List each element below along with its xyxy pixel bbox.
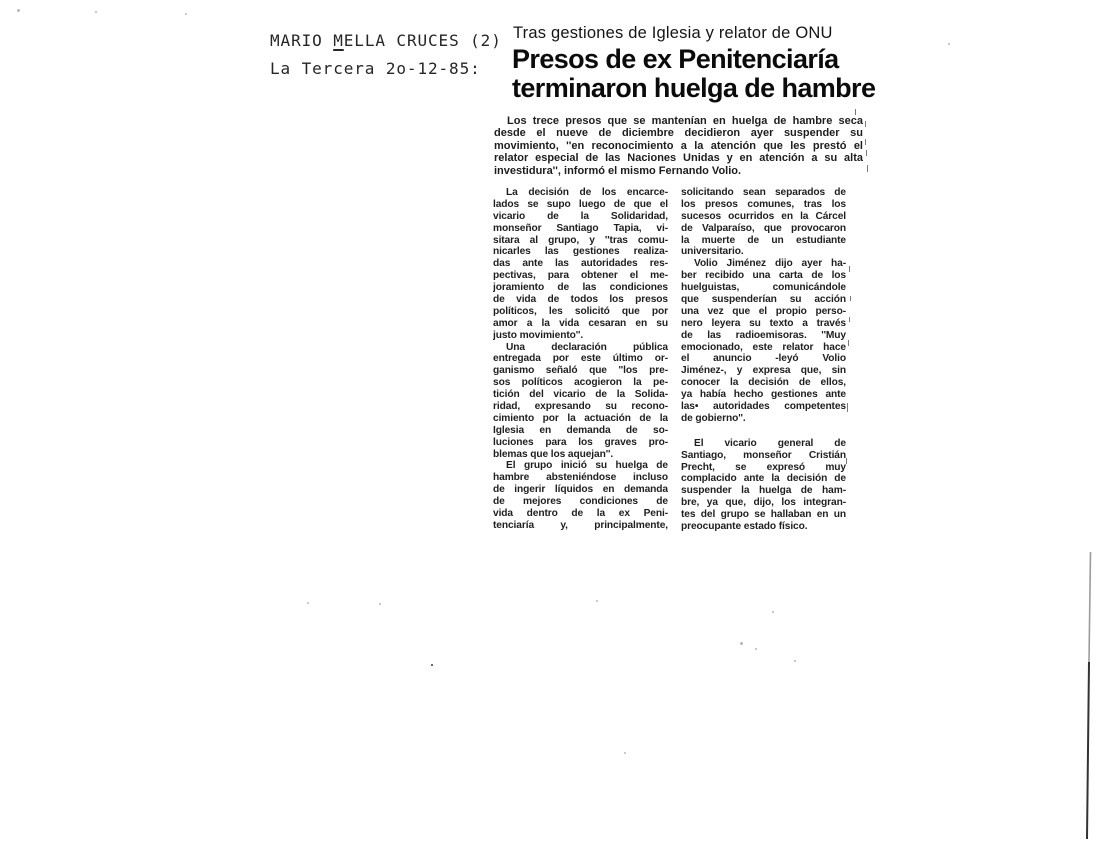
scan-dust-speck <box>624 752 626 754</box>
headline-line-1: Presos de ex Penitenciaría <box>512 45 875 74</box>
body-line: luciones para los graves pro- <box>493 437 668 449</box>
body-line: cimiento por la actuación de la <box>493 413 668 425</box>
scan-edge-tick <box>865 139 866 145</box>
body-line: relator especial de las Naciones Unidas … <box>494 152 863 164</box>
body-line: suspender la huelga de ham- <box>681 485 846 497</box>
body-line: investidura'', informó el mismo Fernando… <box>494 165 863 177</box>
body-line: Una declaración pública <box>493 342 668 354</box>
body-line: el anuncio -leyó Volio <box>681 353 846 365</box>
body-line: ya había hecho gestiones ante <box>681 389 846 401</box>
body-line: Santiago, monseñor Cristián <box>681 450 846 462</box>
body-paragraph: La decisión de los encarce-lados se supo… <box>493 187 668 342</box>
body-line: ridad, expresando su recono- <box>493 401 668 413</box>
scan-edge-tick <box>846 458 847 464</box>
scan-edge-tick <box>849 317 850 322</box>
scan-edge-tick <box>849 266 850 272</box>
scan-edge-tick <box>847 403 848 412</box>
newspaper-clipping-scan: MARIO MELLA CRUCES (2) La Tercera 2o-12-… <box>0 0 1100 850</box>
scan-edge-tick <box>855 109 856 115</box>
body-line: políticos, les solicitó que por <box>493 306 668 318</box>
body-paragraph: solicitando sean separados delos presos … <box>681 187 846 258</box>
scan-edge-tick <box>850 296 851 301</box>
body-line: Precht, se expresó muy <box>681 462 846 474</box>
body-line: una vez que el propio perso- <box>681 306 846 318</box>
body-line: sitara al grupo, y ''tras comu- <box>493 235 668 247</box>
body-line: ber recibido una carta de los <box>681 270 846 282</box>
scan-dust-speck <box>755 648 757 650</box>
scan-edge-tick <box>867 165 868 172</box>
body-line: conocer la decisión de ellos, <box>681 377 846 389</box>
body-paragraph: El vicario general deSantiago, monseñor … <box>681 438 846 533</box>
body-line: das ante las autoridades res- <box>493 258 668 270</box>
scan-dust-speck <box>95 11 97 13</box>
body-line: pectivas, para obtener el me- <box>493 270 668 282</box>
body-line: las• autoridades competentes <box>681 401 846 413</box>
body-line: de ingerir líquidos en demanda <box>493 484 668 496</box>
body-line: tición del vicario de la Solida- <box>493 389 668 401</box>
body-line: universitario. <box>681 246 846 258</box>
article-headline: Presos de ex Penitenciaría terminaron hu… <box>512 45 875 103</box>
body-line: blemas que los aquejan''. <box>493 449 668 461</box>
body-paragraph: Volio Jiménez dijo ayer ha-ber recibido … <box>681 258 846 424</box>
body-line: sos políticos acogieron la pe- <box>493 377 668 389</box>
scan-dust-speck <box>307 602 309 604</box>
body-line: de gobierno''. <box>681 413 846 425</box>
body-line: tes del grupo se hallaban en un <box>681 509 846 521</box>
scan-dust-speck <box>794 660 796 662</box>
body-column-right: solicitando sean separados delos presos … <box>681 187 846 533</box>
annotation-source-date-line: La Tercera 2o-12-85: <box>270 55 502 83</box>
body-line: El vicario general de <box>681 438 846 450</box>
body-line: lados se supo luego de que el <box>493 199 668 211</box>
underlined-initial: M <box>333 31 344 50</box>
body-line: emocionado, este relator hace <box>681 342 846 354</box>
headline-line-2: terminaron huelga de hambre <box>512 74 875 103</box>
body-line: tenciaría y, principalmente, <box>493 520 668 532</box>
body-line: sucesos ocurridos en la Cárcel <box>681 211 846 223</box>
scan-dust-speck <box>379 603 381 605</box>
body-line: Iglesia en demanda de so- <box>493 425 668 437</box>
body-paragraph: El grupo inició su huelga dehambre abste… <box>493 460 668 531</box>
article-kicker: Tras gestiones de Iglesia y relator de O… <box>513 24 833 43</box>
scan-edge-tick <box>866 150 867 156</box>
scan-dust-speck <box>431 664 433 666</box>
body-line: complacido ante la decisión de <box>681 473 846 485</box>
article-lead: Los trece presos que se mantenían en hue… <box>494 115 863 177</box>
body-line: bre, ya que, dijo, los integran- <box>681 497 846 509</box>
body-line: Volio Jiménez dijo ayer ha- <box>681 258 846 270</box>
body-line: nicarles las gestiones realiza- <box>493 246 668 258</box>
body-line: entregada por este último or- <box>493 353 668 365</box>
scan-dust-speck <box>17 9 20 12</box>
body-line: Los trece presos que se mantenían en hue… <box>494 115 863 127</box>
body-column-left: La decisión de los encarce-lados se supo… <box>493 187 668 532</box>
body-line: hambre absteniéndose incluso <box>493 472 668 484</box>
body-line: justo movimiento''. <box>493 330 668 342</box>
body-line: que suspenderían su acción <box>681 294 846 306</box>
body-line: de vida de todos los presos <box>493 294 668 306</box>
scan-dust-speck <box>596 600 598 602</box>
body-line: desde el nueve de diciembre decidieron a… <box>494 127 863 139</box>
body-line: El grupo inició su huelga de <box>493 460 668 472</box>
body-line: de las radioemisoras. ''Muy <box>681 330 846 342</box>
body-line: nero leyera su texto a través <box>681 318 846 330</box>
body-line: ganismo señaló que ''los pre- <box>493 365 668 377</box>
annotation-author-line: MARIO MELLA CRUCES (2) <box>270 27 502 55</box>
body-line: monseñor Santiago Tapia, vi- <box>493 223 668 235</box>
body-line: solicitando sean separados de <box>681 187 846 199</box>
body-line: vida dentro de la ex Peni- <box>493 508 668 520</box>
body-line: movimiento, ''en reconocimiento a la ate… <box>494 140 863 152</box>
body-line: Jiménez-, y expresa que, sin <box>681 365 846 377</box>
body-line: huelguistas, comunicándole <box>681 282 846 294</box>
body-line: amor a la vida cesaran en su <box>493 318 668 330</box>
body-line: preocupante estado físico. <box>681 521 846 533</box>
body-paragraph: Una declaración públicaentregada por est… <box>493 342 668 461</box>
scan-dust-speck <box>948 43 950 45</box>
body-line: de Valparaíso, que provocaron <box>681 223 846 235</box>
scan-edge-tick <box>848 340 849 346</box>
scan-dust-speck <box>772 611 774 613</box>
scan-edge-tick <box>865 121 866 127</box>
body-line: los presos comunes, tras los <box>681 199 846 211</box>
scan-dust-speck <box>740 642 743 645</box>
scan-dust-speck <box>185 13 187 15</box>
body-line: la muerte de un estudiante <box>681 235 846 247</box>
body-paragraph: Los trece presos que se mantenían en hue… <box>494 115 863 177</box>
body-line: La decisión de los encarce- <box>493 187 668 199</box>
body-line: de mejores condiciones de <box>493 496 668 508</box>
body-line: joramiento de las condiciones <box>493 282 668 294</box>
body-line: vicario de la Solidaridad, <box>493 211 668 223</box>
typewritten-annotation: MARIO MELLA CRUCES (2) La Tercera 2o-12-… <box>270 27 502 83</box>
